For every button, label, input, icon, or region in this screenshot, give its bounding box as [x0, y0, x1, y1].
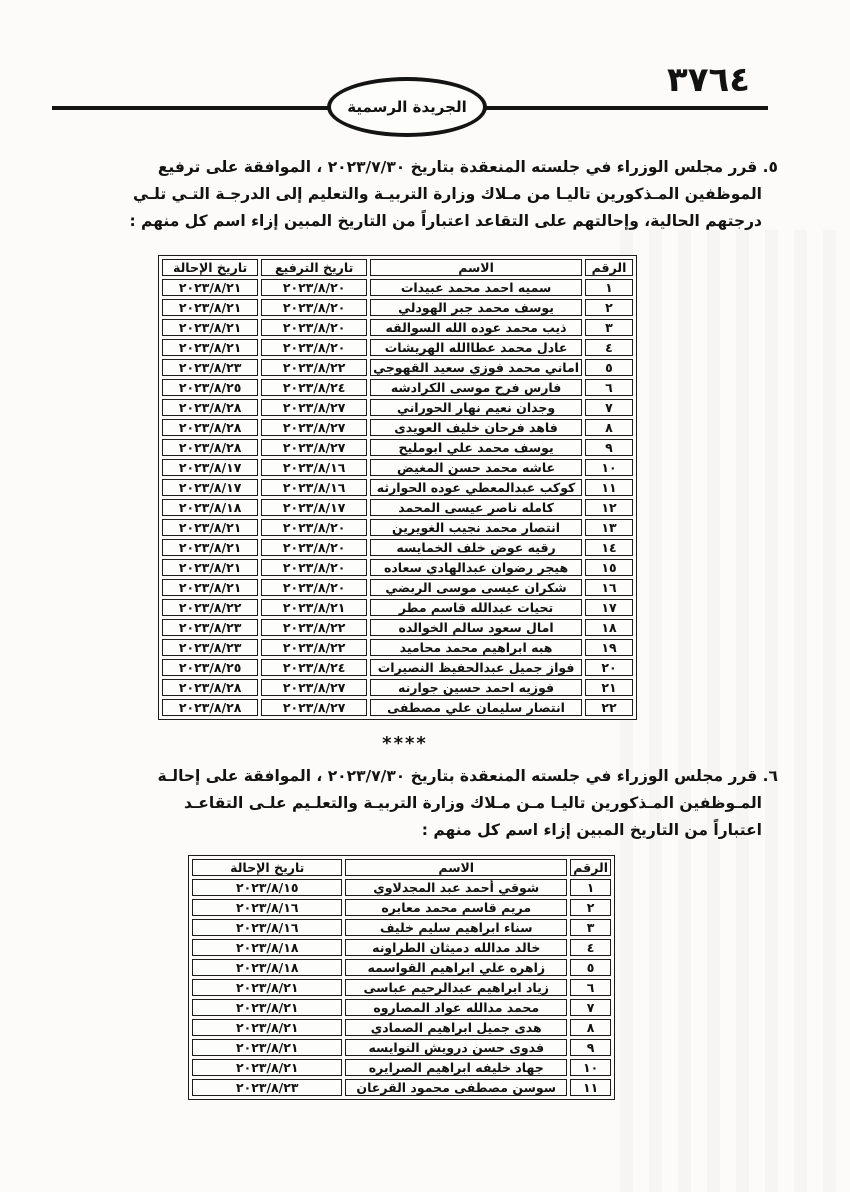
cell-number: ٥ [570, 959, 611, 976]
cell-promotion-date: ٢٠٢٣/٨/٢٤ [261, 659, 367, 676]
cell-promotion-date: ٢٠٢٣/٨/٢٠ [261, 539, 367, 556]
cell-name: خالد مدالله دميثان الطراونه [345, 939, 567, 956]
cell-name: كوكب عبدالمعطي عوده الحوارثه [370, 479, 582, 496]
paragraph-line: ٥. قرر مجلس الوزراء في جلسته المنعقدة بت… [55, 154, 778, 181]
paragraph-line: الموظفين المـذكورين تاليـا من مـلاك وزار… [55, 181, 778, 208]
table-row: ٨فاهد فرحان خليف العويدى٢٠٢٣/٨/٢٧٢٠٢٣/٨/… [162, 419, 633, 436]
section-separator-stars: **** [0, 733, 810, 754]
cell-number: ٣ [570, 919, 611, 936]
cell-name: وجدان نعيم نهار الحوراني [370, 399, 582, 416]
table-row: ١٧تحيات عبدالله قاسم مطر٢٠٢٣/٨/٢١٢٠٢٣/٨/… [162, 599, 633, 616]
cell-name: شوقي أحمد عبد المجدلاوي [345, 879, 567, 896]
cell-promotion-date: ٢٠٢٣/٨/٢٧ [261, 699, 367, 716]
cell-referral-date: ٢٠٢٣/٨/٢٨ [162, 699, 258, 716]
table-row: ١٢كامله ناصر عيسى المحمد٢٠٢٣/٨/١٧٢٠٢٣/٨/… [162, 499, 633, 516]
cell-promotion-date: ٢٠٢٣/٨/١٦ [261, 479, 367, 496]
table-row: ٣سناء ابراهيم سليم خليف٢٠٢٣/٨/١٦ [192, 919, 611, 936]
table-row: ٩يوسف محمد علي ابومليح٢٠٢٣/٨/٢٧٢٠٢٣/٨/٢٨ [162, 439, 633, 456]
cell-number: ٤ [570, 939, 611, 956]
cell-name: هبه ابراهيم محمد محاميد [370, 639, 582, 656]
cell-number: ١١ [585, 479, 633, 496]
decision-6-paragraph: ٦. قرر مجلس الوزراء في جلسته المنعقدة بت… [55, 763, 778, 844]
cell-name: ذيب محمد عوده الله السوالقه [370, 319, 582, 336]
cell-name: مريم قاسم محمد معابره [345, 899, 567, 916]
table-row: ٢٠فواز جميل عبدالحفيظ النصيرات٢٠٢٣/٨/٢٤٢… [162, 659, 633, 676]
cell-number: ١١ [570, 1079, 611, 1096]
column-header-number: الرقم [585, 259, 633, 276]
table-row: ٤عادل محمد عطاالله الهريشات٢٠٢٣/٨/٢٠٢٠٢٣… [162, 339, 633, 356]
cell-referral-date: ٢٠٢٣/٨/١٦ [192, 899, 342, 916]
cell-number: ٨ [585, 419, 633, 436]
cell-promotion-date: ٢٠٢٣/٨/١٧ [261, 499, 367, 516]
cell-number: ١٧ [585, 599, 633, 616]
cell-promotion-date: ٢٠٢٣/٨/٢٧ [261, 439, 367, 456]
cell-referral-date: ٢٠٢٣/٨/١٨ [192, 959, 342, 976]
cell-referral-date: ٢٠٢٣/٨/٢٣ [162, 359, 258, 376]
cell-referral-date: ٢٠٢٣/٨/١٨ [192, 939, 342, 956]
cell-number: ٢٠ [585, 659, 633, 676]
table-row: ٩فدوى حسن درويش النوايسه٢٠٢٣/٨/٢١ [192, 1039, 611, 1056]
cell-promotion-date: ٢٠٢٣/٨/٢٢ [261, 619, 367, 636]
cell-referral-date: ٢٠٢٣/٨/٢١ [192, 1059, 342, 1076]
cell-number: ٢ [585, 299, 633, 316]
table-row: ١سميه احمد محمد عبيدات٢٠٢٣/٨/٢٠٢٠٢٣/٨/٢١ [162, 279, 633, 296]
cell-promotion-date: ٢٠٢٣/٨/٢٠ [261, 279, 367, 296]
cell-number: ٢١ [585, 679, 633, 696]
table-row: ١٨امال سعود سالم الخوالده٢٠٢٣/٨/٢٢٢٠٢٣/٨… [162, 619, 633, 636]
cell-referral-date: ٢٠٢٣/٨/٢٨ [162, 419, 258, 436]
cell-name: سناء ابراهيم سليم خليف [345, 919, 567, 936]
cell-name: زاهره علي ابراهيم القواسمه [345, 959, 567, 976]
cell-referral-date: ٢٠٢٣/٨/٢٣ [162, 619, 258, 636]
gazette-banner-title: الجريدة الرسمية [347, 98, 466, 116]
cell-name: انتصار سليمان علي مصطفى [370, 699, 582, 716]
table-row: ٢يوسف محمد جبر الهودلي٢٠٢٣/٨/٢٠٢٠٢٣/٨/٢١ [162, 299, 633, 316]
cell-promotion-date: ٢٠٢٣/٨/٢٠ [261, 299, 367, 316]
cell-referral-date: ٢٠٢٣/٨/٢١ [162, 559, 258, 576]
cell-number: ٢٢ [585, 699, 633, 716]
cell-number: ١٠ [585, 459, 633, 476]
cell-name: يوسف محمد علي ابومليح [370, 439, 582, 456]
cell-number: ١٨ [585, 619, 633, 636]
table-row: ١٦شكران عيسى موسى الربضي٢٠٢٣/٨/٢٠٢٠٢٣/٨/… [162, 579, 633, 596]
cell-name: سوسن مصطفى محمود القرعان [345, 1079, 567, 1096]
table-row: ١٥هيجر رضوان عبدالهادي سعاده٢٠٢٣/٨/٢٠٢٠٢… [162, 559, 633, 576]
cell-number: ١٢ [585, 499, 633, 516]
cell-referral-date: ٢٠٢٣/٨/٢٣ [162, 639, 258, 656]
cell-number: ٨ [570, 1019, 611, 1036]
cell-promotion-date: ٢٠٢٣/٨/٢٢ [261, 359, 367, 376]
cell-number: ١٤ [585, 539, 633, 556]
cell-referral-date: ٢٠٢٣/٨/١٨ [162, 499, 258, 516]
cell-number: ١٩ [585, 639, 633, 656]
cell-referral-date: ٢٠٢٣/٨/٢١ [162, 339, 258, 356]
cell-referral-date: ٢٠٢٣/٨/٢١ [162, 299, 258, 316]
cell-name: امال سعود سالم الخوالده [370, 619, 582, 636]
gazette-banner-oval: الجريدة الرسمية [327, 77, 487, 137]
table-row: ١٣انتصار محمد نجيب الغويرين٢٠٢٣/٨/٢٠٢٠٢٣… [162, 519, 633, 536]
cell-name: يوسف محمد جبر الهودلي [370, 299, 582, 316]
cell-name: فوزيه احمد حسين جوارنه [370, 679, 582, 696]
scan-texture [620, 230, 850, 1192]
column-header-referral-date: تاريخ الإحالة [192, 859, 342, 876]
table-header-row: الرقم الاسم تاريخ الترفيع تاريخ الإحالة [162, 259, 633, 276]
cell-number: ١ [585, 279, 633, 296]
cell-number: ١٠ [570, 1059, 611, 1076]
cell-referral-date: ٢٠٢٣/٨/٢١ [162, 539, 258, 556]
cell-referral-date: ٢٠٢٣/٨/٢١ [192, 999, 342, 1016]
paragraph-line: ٦. قرر مجلس الوزراء في جلسته المنعقدة بت… [55, 763, 778, 790]
cell-name: محمد مدالله عواد المصاروه [345, 999, 567, 1016]
cell-promotion-date: ٢٠٢٣/٨/٢٧ [261, 399, 367, 416]
cell-promotion-date: ٢٠٢٣/٨/٢١ [261, 599, 367, 616]
cell-name: فدوى حسن درويش النوايسه [345, 1039, 567, 1056]
table-row: ٥اماني محمد فوزي سعيد القهوجي٢٠٢٣/٨/٢٢٢٠… [162, 359, 633, 376]
cell-name: هدى جميل ابراهيم الصمادي [345, 1019, 567, 1036]
cell-referral-date: ٢٠٢٣/٨/٢٨ [162, 679, 258, 696]
cell-referral-date: ٢٠٢٣/٨/٢١ [192, 1039, 342, 1056]
cell-name: عاشه محمد حسن المغيض [370, 459, 582, 476]
table-row: ١١سوسن مصطفى محمود القرعان٢٠٢٣/٨/٢٣ [192, 1079, 611, 1096]
cell-number: ٩ [585, 439, 633, 456]
cell-referral-date: ٢٠٢٣/٨/٢١ [192, 979, 342, 996]
cell-name: زياد ابراهيم عبدالرحيم عباسى [345, 979, 567, 996]
cell-referral-date: ٢٠٢٣/٨/٢٣ [192, 1079, 342, 1096]
cell-referral-date: ٢٠٢٣/٨/١٥ [192, 879, 342, 896]
cell-promotion-date: ٢٠٢٣/٨/٢٠ [261, 519, 367, 536]
table-row: ٤خالد مدالله دميثان الطراونه٢٠٢٣/٨/١٨ [192, 939, 611, 956]
cell-referral-date: ٢٠٢٣/٨/٢١ [162, 519, 258, 536]
cell-name: انتصار محمد نجيب الغويرين [370, 519, 582, 536]
cell-promotion-date: ٢٠٢٣/٨/٢٧ [261, 419, 367, 436]
table-row: ٢٢انتصار سليمان علي مصطفى٢٠٢٣/٨/٢٧٢٠٢٣/٨… [162, 699, 633, 716]
cell-number: ١٣ [585, 519, 633, 536]
paragraph-line: المـوظفين المـذكورين تاليـا مـن مـلاك وز… [55, 790, 778, 817]
page-number: ٣٧٦٤ [667, 60, 750, 100]
cell-name: هيجر رضوان عبدالهادي سعاده [370, 559, 582, 576]
table-row: ١١كوكب عبدالمعطي عوده الحوارثه٢٠٢٣/٨/١٦٢… [162, 479, 633, 496]
cell-promotion-date: ٢٠٢٣/٨/٢٠ [261, 319, 367, 336]
table-row: ٨هدى جميل ابراهيم الصمادي٢٠٢٣/٨/٢١ [192, 1019, 611, 1036]
cell-number: ١ [570, 879, 611, 896]
cell-referral-date: ٢٠٢٣/٨/٢٥ [162, 659, 258, 676]
cell-referral-date: ٢٠٢٣/٨/٢١ [162, 279, 258, 296]
cell-number: ٧ [585, 399, 633, 416]
column-header-number: الرقم [570, 859, 611, 876]
table-header-row: الرقم الاسم تاريخ الإحالة [192, 859, 611, 876]
column-header-name: الاسم [370, 259, 582, 276]
cell-number: ٧ [570, 999, 611, 1016]
table-row: ٢١فوزيه احمد حسين جوارنه٢٠٢٣/٨/٢٧٢٠٢٣/٨/… [162, 679, 633, 696]
cell-name: عادل محمد عطاالله الهريشات [370, 339, 582, 356]
cell-name: سميه احمد محمد عبيدات [370, 279, 582, 296]
cell-promotion-date: ٢٠٢٣/٨/٢٠ [261, 579, 367, 596]
promotion-retirement-table: الرقم الاسم تاريخ الترفيع تاريخ الإحالة … [158, 255, 637, 720]
cell-referral-date: ٢٠٢٣/٨/٢٨ [162, 439, 258, 456]
cell-promotion-date: ٢٠٢٣/٨/١٦ [261, 459, 367, 476]
cell-name: فاهد فرحان خليف العويدى [370, 419, 582, 436]
table-row: ١٤رقيه عوض خلف الخمايسه٢٠٢٣/٨/٢٠٢٠٢٣/٨/٢… [162, 539, 633, 556]
cell-promotion-date: ٢٠٢٣/٨/٢٤ [261, 379, 367, 396]
cell-number: ٣ [585, 319, 633, 336]
cell-number: ٩ [570, 1039, 611, 1056]
table-row: ٣ذيب محمد عوده الله السوالقه٢٠٢٣/٨/٢٠٢٠٢… [162, 319, 633, 336]
decision-5-paragraph: ٥. قرر مجلس الوزراء في جلسته المنعقدة بت… [55, 154, 778, 235]
cell-number: ١٦ [585, 579, 633, 596]
cell-number: ٥ [585, 359, 633, 376]
table-row: ١٩هبه ابراهيم محمد محاميد٢٠٢٣/٨/٢٢٢٠٢٣/٨… [162, 639, 633, 656]
paragraph-line: درجتهم الحالية، وإحالتهم على التقاعد اعت… [55, 208, 778, 235]
table-row: ٧محمد مدالله عواد المصاروه٢٠٢٣/٨/٢١ [192, 999, 611, 1016]
cell-number: ٦ [585, 379, 633, 396]
cell-referral-date: ٢٠٢٣/٨/٢١ [162, 319, 258, 336]
cell-number: ١٥ [585, 559, 633, 576]
cell-number: ٢ [570, 899, 611, 916]
cell-promotion-date: ٢٠٢٣/٨/٢٠ [261, 339, 367, 356]
cell-referral-date: ٢٠٢٣/٨/٢١ [162, 579, 258, 596]
column-header-referral-date: تاريخ الإحالة [162, 259, 258, 276]
table-row: ٥زاهره علي ابراهيم القواسمه٢٠٢٣/٨/١٨ [192, 959, 611, 976]
cell-name: فواز جميل عبدالحفيظ النصيرات [370, 659, 582, 676]
cell-referral-date: ٢٠٢٣/٨/١٦ [192, 919, 342, 936]
retirement-table: الرقم الاسم تاريخ الإحالة ١شوقي أحمد عبد… [188, 855, 615, 1100]
cell-number: ٦ [570, 979, 611, 996]
cell-name: اماني محمد فوزي سعيد القهوجي [370, 359, 582, 376]
cell-referral-date: ٢٠٢٣/٨/٢١ [192, 1019, 342, 1036]
cell-referral-date: ٢٠٢٣/٨/٢٢ [162, 599, 258, 616]
cell-referral-date: ٢٠٢٣/٨/٢٨ [162, 399, 258, 416]
cell-referral-date: ٢٠٢٣/٨/٢٥ [162, 379, 258, 396]
table-row: ١٠جهاد خليفه ابراهيم الصرايره٢٠٢٣/٨/٢١ [192, 1059, 611, 1076]
cell-number: ٤ [585, 339, 633, 356]
table-row: ١شوقي أحمد عبد المجدلاوي٢٠٢٣/٨/١٥ [192, 879, 611, 896]
cell-promotion-date: ٢٠٢٣/٨/٢٢ [261, 639, 367, 656]
table-row: ٦زياد ابراهيم عبدالرحيم عباسى٢٠٢٣/٨/٢١ [192, 979, 611, 996]
cell-promotion-date: ٢٠٢٣/٨/٢٠ [261, 559, 367, 576]
column-header-name: الاسم [345, 859, 567, 876]
cell-name: جهاد خليفه ابراهيم الصرايره [345, 1059, 567, 1076]
table-row: ٧وجدان نعيم نهار الحوراني٢٠٢٣/٨/٢٧٢٠٢٣/٨… [162, 399, 633, 416]
cell-name: شكران عيسى موسى الربضي [370, 579, 582, 596]
cell-name: رقيه عوض خلف الخمايسه [370, 539, 582, 556]
table-row: ٢مريم قاسم محمد معابره٢٠٢٣/٨/١٦ [192, 899, 611, 916]
cell-name: تحيات عبدالله قاسم مطر [370, 599, 582, 616]
cell-referral-date: ٢٠٢٣/٨/١٧ [162, 479, 258, 496]
table-row: ٦فارس فرح موسى الكرادشه٢٠٢٣/٨/٢٤٢٠٢٣/٨/٢… [162, 379, 633, 396]
paragraph-line: اعتباراً من التاريخ المبين إزاء اسم كل م… [55, 817, 778, 844]
cell-name: فارس فرح موسى الكرادشه [370, 379, 582, 396]
table-row: ١٠عاشه محمد حسن المغيض٢٠٢٣/٨/١٦٢٠٢٣/٨/١٧ [162, 459, 633, 476]
cell-promotion-date: ٢٠٢٣/٨/٢٧ [261, 679, 367, 696]
cell-name: كامله ناصر عيسى المحمد [370, 499, 582, 516]
cell-referral-date: ٢٠٢٣/٨/١٧ [162, 459, 258, 476]
column-header-promotion-date: تاريخ الترفيع [261, 259, 367, 276]
